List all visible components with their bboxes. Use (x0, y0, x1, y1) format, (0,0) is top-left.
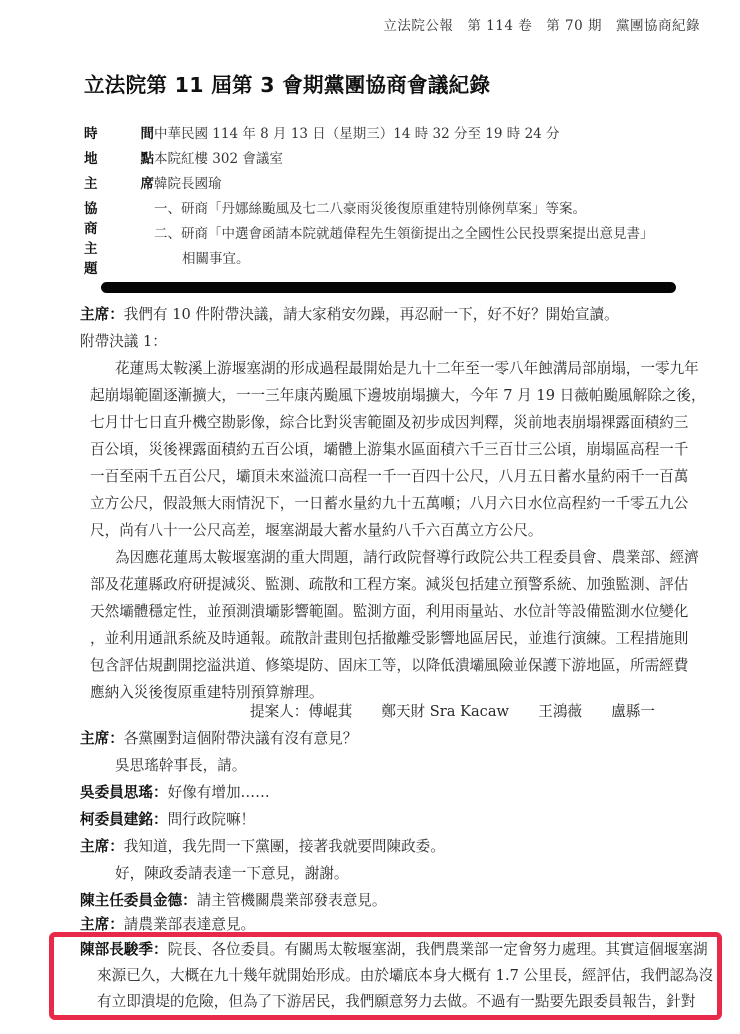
paragraph-line: 七月廿七日直升機空勘影像，綜合比對災害範圍及初步成因判釋，災前地表崩塌裸露面積約… (90, 411, 688, 432)
paragraph-line: 部及花蓮縣政府研提減災、監測、疏散和工程方案。減災包括建立預警系統、加強監測、評… (90, 573, 688, 594)
transcript-line: 好，陳政委請表達一下意見，謝謝。 (115, 862, 349, 883)
speaker-label: 柯委員建銘： (80, 811, 168, 828)
paragraph-line: 立方公尺，假設無大雨情況下，一日蓄水量約九十五萬噸；八月六日水位高程約一千零五九… (90, 492, 688, 513)
paragraph-line: 尺，尚有八十一公尺高差，堰塞湖最大蓄水量約八千六百萬立方公尺。 (90, 519, 542, 540)
resolution-heading: 附帶決議 1： (80, 330, 167, 351)
paragraph-line: 百公頃，災後裸露面積約五百公頃，壩體上游集水區面積六千三百廿三公頃，崩塌區高程一… (90, 438, 688, 459)
paragraph-line: 花蓮馬太鞍溪上游堰塞湖的形成過程最開始是九十二年至一零八年蝕溝局部崩塌，一零九年 (115, 357, 699, 378)
speaker-label: 主席： (80, 730, 124, 747)
meta-value-topic-2: 二、研商「中選會函請本院就趙偉程先生領銜提出之全國性公民投票案提出意見書」 (154, 222, 654, 242)
highlighted-line: 陳部長駿季：院長、各位委員。有關馬太鞍堰塞湖，我們農業部一定會努力處理。其實這個… (80, 938, 708, 959)
paragraph-line: 一百至兩千五百公尺，壩頂未來溢流口高程一千一百四十公尺，八月五日蓄水量約兩千一百… (90, 465, 688, 486)
paragraph-line: 天然壩體穩定性，並預測潰壩影響範圍。監測方面，利用雨量站、水位計等設備監測水位變… (90, 600, 688, 621)
meta-value-topic-1: 一、研商「丹娜絲颱風及七二八豪雨災後復原重建特別條例草案」等案。 (154, 197, 586, 217)
paragraph-line: 為因應花蓮馬太鞍堰塞湖的重大問題，請行政院督導行政院公共工程委員會、農業部、經濟 (115, 546, 699, 567)
speaker-label: 陳部長駿季： (80, 941, 168, 958)
meta-value-time: 中華民國 114 年 8 月 13 日（星期三）14 時 32 分至 19 時 … (154, 122, 560, 142)
meta-label-time: 時間 (84, 122, 154, 142)
redaction-bar (101, 282, 676, 293)
proposers-line: 提案人：傅崐萁 鄭天財 Sra Kacaw 王鴻薇 盧縣一 (250, 700, 655, 721)
paragraph-line: ，並利用通訊系統及時通報。疏散計畫則包括撤離受影響地區居民，並進行演練。工程措施… (90, 627, 688, 648)
meta-label-topic: 協商主題 (84, 197, 98, 277)
transcript-line: 吳委員思瑤：好像有增加…… (80, 781, 270, 802)
meta-value-topic-2-cont: 相關事宜。 (182, 247, 250, 267)
highlighted-line: 有立即潰堤的危險，但為了下游居民，我們願意努力去做。不過有一點要先跟委員報告，針… (97, 990, 695, 1011)
running-header: 立法院公報 第 114 卷 第 70 期 黨團協商紀錄 (383, 14, 700, 34)
meta-value-location: 本院紅樓 302 會議室 (154, 147, 283, 167)
meta-label-location: 地點 (84, 147, 154, 167)
paragraph-line: 應納入災後復原重建特別預算辦理。 (90, 681, 324, 702)
speaker-label: 主席： (80, 916, 124, 933)
transcript-line: 主席：請農業部表達意見。 (80, 913, 255, 934)
page-title: 立法院第 11 屆第 3 會期黨團協商會議紀錄 (84, 68, 490, 98)
paragraph-line: 起崩塌範圍逐漸擴大，一一三年康芮颱風下邊坡崩塌擴大，今年 7 月 19 日薇帕颱… (90, 384, 706, 405)
transcript-line: 柯委員建銘：問行政院嘛！ (80, 808, 255, 829)
paragraph-line: 包含評估規劃開挖溢洪道、修築堤防、固床工等，以降低潰壩風險並保護下游地區，所需經… (90, 654, 688, 675)
speaker-label: 陳主任委員金德： (80, 892, 197, 909)
meta-label-chair: 主席 (84, 172, 154, 192)
transcript-line: 陳主任委員金德：請主管機關農業部發表意見。 (80, 889, 387, 910)
transcript-line: 吳思瑤幹事長，請。 (115, 754, 246, 775)
meta-value-chair: 韓院長國瑜 (154, 172, 222, 192)
transcript-line: 主席：我知道，我先問一下黨團，接著我就要問陳政委。 (80, 835, 445, 856)
highlighted-line: 來源已久，大概在九十幾年就開始形成。由於壩底本身大概有 1.7 公里長，經評估，… (97, 964, 713, 985)
speaker-label: 吳委員思瑤： (80, 784, 168, 801)
speaker-label: 主席： (80, 838, 124, 855)
speaker-label: 主席： (80, 306, 124, 323)
transcript-line: 主席：我們有 10 件附帶決議，請大家稍安勿躁，再忍耐一下，好不好？開始宣讀。 (80, 303, 619, 324)
transcript-line: 主席：各黨團對這個附帶決議有沒有意見？ (80, 727, 357, 748)
